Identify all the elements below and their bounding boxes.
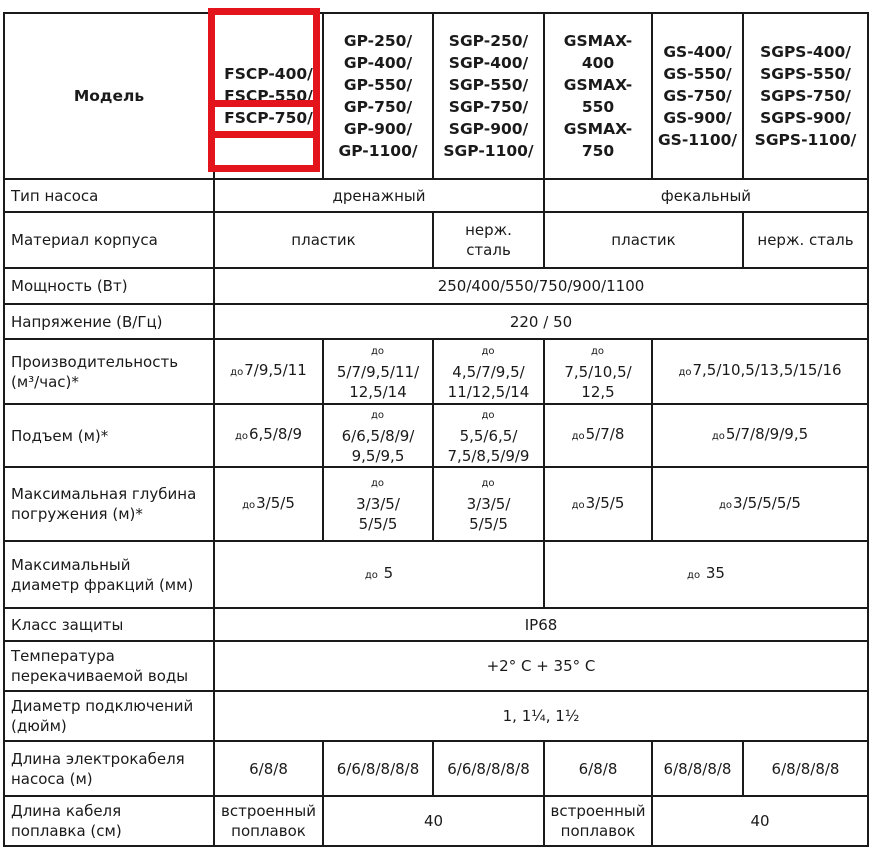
housing-plastic: пластик (544, 212, 743, 268)
model-col-sgp: SGP-250/SGP-400/SGP-550/SGP-750/SGP-900/… (433, 13, 544, 179)
protection-value: IP68 (214, 608, 868, 641)
cable-value: 6/8/8/8/8 (652, 741, 743, 796)
row-label: Производительность(м³/час)* (4, 339, 214, 404)
row-capacity: Производительность(м³/час)* до7/9,5/11 д… (4, 339, 868, 404)
row-protection: Класс защиты IP68 (4, 608, 868, 641)
float-builtin: встроенныйпоплавок (544, 796, 652, 846)
cable-value: 6/8/8 (544, 741, 652, 796)
fraction-drainage: до 5 (214, 541, 544, 608)
row-label: Длина электрокабелянасоса (м) (4, 741, 214, 796)
float-builtin: встроенныйпоплавок (214, 796, 323, 846)
row-label: Температураперекачиваемой воды (4, 641, 214, 691)
power-value: 250/400/550/750/900/1100 (214, 268, 868, 304)
row-label: Максимальная глубинапогружения (м)* (4, 467, 214, 541)
row-label: Подъем (м)* (4, 404, 214, 467)
row-label: Длина кабеляпоплавка (см) (4, 796, 214, 846)
model-col-fscp: FSCP-400/FSCP-550/FSCP-750/ (214, 13, 323, 179)
row-label: Тип насоса (4, 179, 214, 212)
housing-steel: нерж.сталь (433, 212, 544, 268)
depth-value: до3/5/5/5/5 (652, 467, 868, 541)
capacity-value: до7,5/10,5/13,5/15/16 (652, 339, 868, 404)
row-label: Максимальныйдиаметр фракций (мм) (4, 541, 214, 608)
capacity-value: до4,5/7/9,5/11/12,5/14 (433, 339, 544, 404)
row-label: Класс защиты (4, 608, 214, 641)
pump-spec-table: Модель FSCP-400/FSCP-550/FSCP-750/ GP-25… (3, 12, 869, 847)
connection-value: 1, 1¼, 1½ (214, 691, 868, 741)
row-label: Напряжение (В/Гц) (4, 304, 214, 339)
capacity-value: до5/7/9,5/11/12,5/14 (323, 339, 433, 404)
depth-value: до3/3/5/5/5/5 (433, 467, 544, 541)
depth-value: до3/5/5 (544, 467, 652, 541)
cable-value: 6/8/8 (214, 741, 323, 796)
pump-type-fecal: фекальный (544, 179, 868, 212)
housing-plastic: пластик (214, 212, 433, 268)
voltage-value: 220 / 50 (214, 304, 868, 339)
head-value: до6/6,5/8/9/9,5/9,5 (323, 404, 433, 467)
row-depth: Максимальная глубинапогружения (м)* до3/… (4, 467, 868, 541)
housing-steel: нерж. сталь (743, 212, 868, 268)
row-head: Подъем (м)* до6,5/8/9 до6/6,5/8/9/9,5/9,… (4, 404, 868, 467)
row-connection: Диаметр подключений(дюйм) 1, 1¼, 1½ (4, 691, 868, 741)
head-value: до6,5/8/9 (214, 404, 323, 467)
model-header-label: Модель (4, 13, 214, 179)
cable-value: 6/8/8/8/8 (743, 741, 868, 796)
header-row: Модель FSCP-400/FSCP-550/FSCP-750/ GP-25… (4, 13, 868, 179)
head-value: до5/7/8/9/9,5 (652, 404, 868, 467)
cable-value: 6/6/8/8/8/8 (433, 741, 544, 796)
model-col-gsmax: GSMAX-400GSMAX-550GSMAX-750 (544, 13, 652, 179)
row-label: Диаметр подключений(дюйм) (4, 691, 214, 741)
temperature-value: +2° С + 35° С (214, 641, 868, 691)
row-cable: Длина электрокабелянасоса (м) 6/8/8 6/6/… (4, 741, 868, 796)
row-power: Мощность (Вт) 250/400/550/750/900/1100 (4, 268, 868, 304)
model-col-gs: GS-400/GS-550/GS-750/GS-900/GS-1100/ (652, 13, 743, 179)
model-col-gp: GP-250/GP-400/GP-550/GP-750/GP-900/GP-11… (323, 13, 433, 179)
row-label: Материал корпуса (4, 212, 214, 268)
model-col-sgps: SGPS-400/SGPS-550/SGPS-750/SGPS-900/SGPS… (743, 13, 868, 179)
capacity-value: до7,5/10,5/12,5 (544, 339, 652, 404)
row-voltage: Напряжение (В/Гц) 220 / 50 (4, 304, 868, 339)
row-temperature: Температураперекачиваемой воды +2° С + 3… (4, 641, 868, 691)
float-cable-value: 40 (323, 796, 544, 846)
row-housing: Материал корпуса пластик нерж.сталь плас… (4, 212, 868, 268)
head-value: до5,5/6,5/7,5/8,5/9/9 (433, 404, 544, 467)
cable-value: 6/6/8/8/8/8 (323, 741, 433, 796)
head-value: до5/7/8 (544, 404, 652, 467)
depth-value: до3/5/5 (214, 467, 323, 541)
pump-type-drainage: дренажный (214, 179, 544, 212)
row-float-cable: Длина кабеляпоплавка (см) встроенныйпопл… (4, 796, 868, 846)
capacity-value: до7/9,5/11 (214, 339, 323, 404)
depth-value: до3/3/5/5/5/5 (323, 467, 433, 541)
row-label: Мощность (Вт) (4, 268, 214, 304)
float-cable-value: 40 (652, 796, 868, 846)
row-pump-type: Тип насоса дренажный фекальный (4, 179, 868, 212)
fraction-fecal: до 35 (544, 541, 868, 608)
row-fraction: Максимальныйдиаметр фракций (мм) до 5 до… (4, 541, 868, 608)
